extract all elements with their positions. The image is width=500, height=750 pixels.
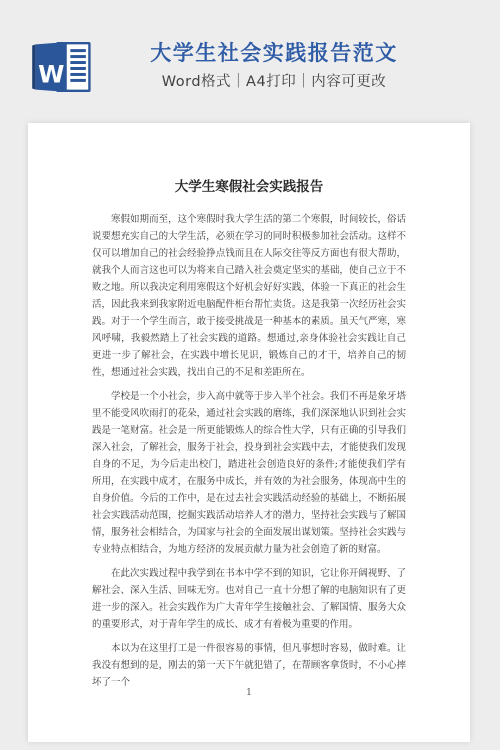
document-paragraph: 寒假如期而至，这个寒假时我大学生活的第二个寒假，时间较长，俗话说要想充实自己的大… <box>92 211 406 381</box>
document-title: 大学生寒假社会实践报告 <box>92 179 406 195</box>
document-paragraph: 在此次实践过程中我学到在书本中学不到的知识，它让你开阔视野、了解社会、深入生活、… <box>92 565 406 633</box>
page-title: 大学生社会实践报告范文 <box>24 40 500 66</box>
document-paragraph: 本以为在这里打工是一件很容易的事情，但凡事想时容易，做时难。让我没有想到的是，刚… <box>92 640 406 691</box>
header-text-block: 大学生社会实践报告范文 Word格式｜A4打印｜内容可更改 <box>24 40 500 91</box>
document-page-preview: 大学生寒假社会实践报告 寒假如期而至，这个寒假时我大学生活的第二个寒假，时间较长… <box>28 123 470 742</box>
document-body: 寒假如期而至，这个寒假时我大学生活的第二个寒假，时间较长，俗话说要想充实自己的大… <box>92 211 406 691</box>
document-paragraph: 学校是一个小社会，步入高中就等于步入半个社会。我们不再是象牙塔里不能受风吹雨打的… <box>92 388 406 558</box>
page-number: 1 <box>28 688 470 698</box>
preview-header: W 大学生社会实践报告范文 Word格式｜A4打印｜内容可更改 <box>0 0 500 123</box>
document-content: 大学生寒假社会实践报告 寒假如期而至，这个寒假时我大学生活的第二个寒假，时间较长… <box>28 123 470 691</box>
page-subtitle: Word格式｜A4打印｜内容可更改 <box>24 73 500 91</box>
